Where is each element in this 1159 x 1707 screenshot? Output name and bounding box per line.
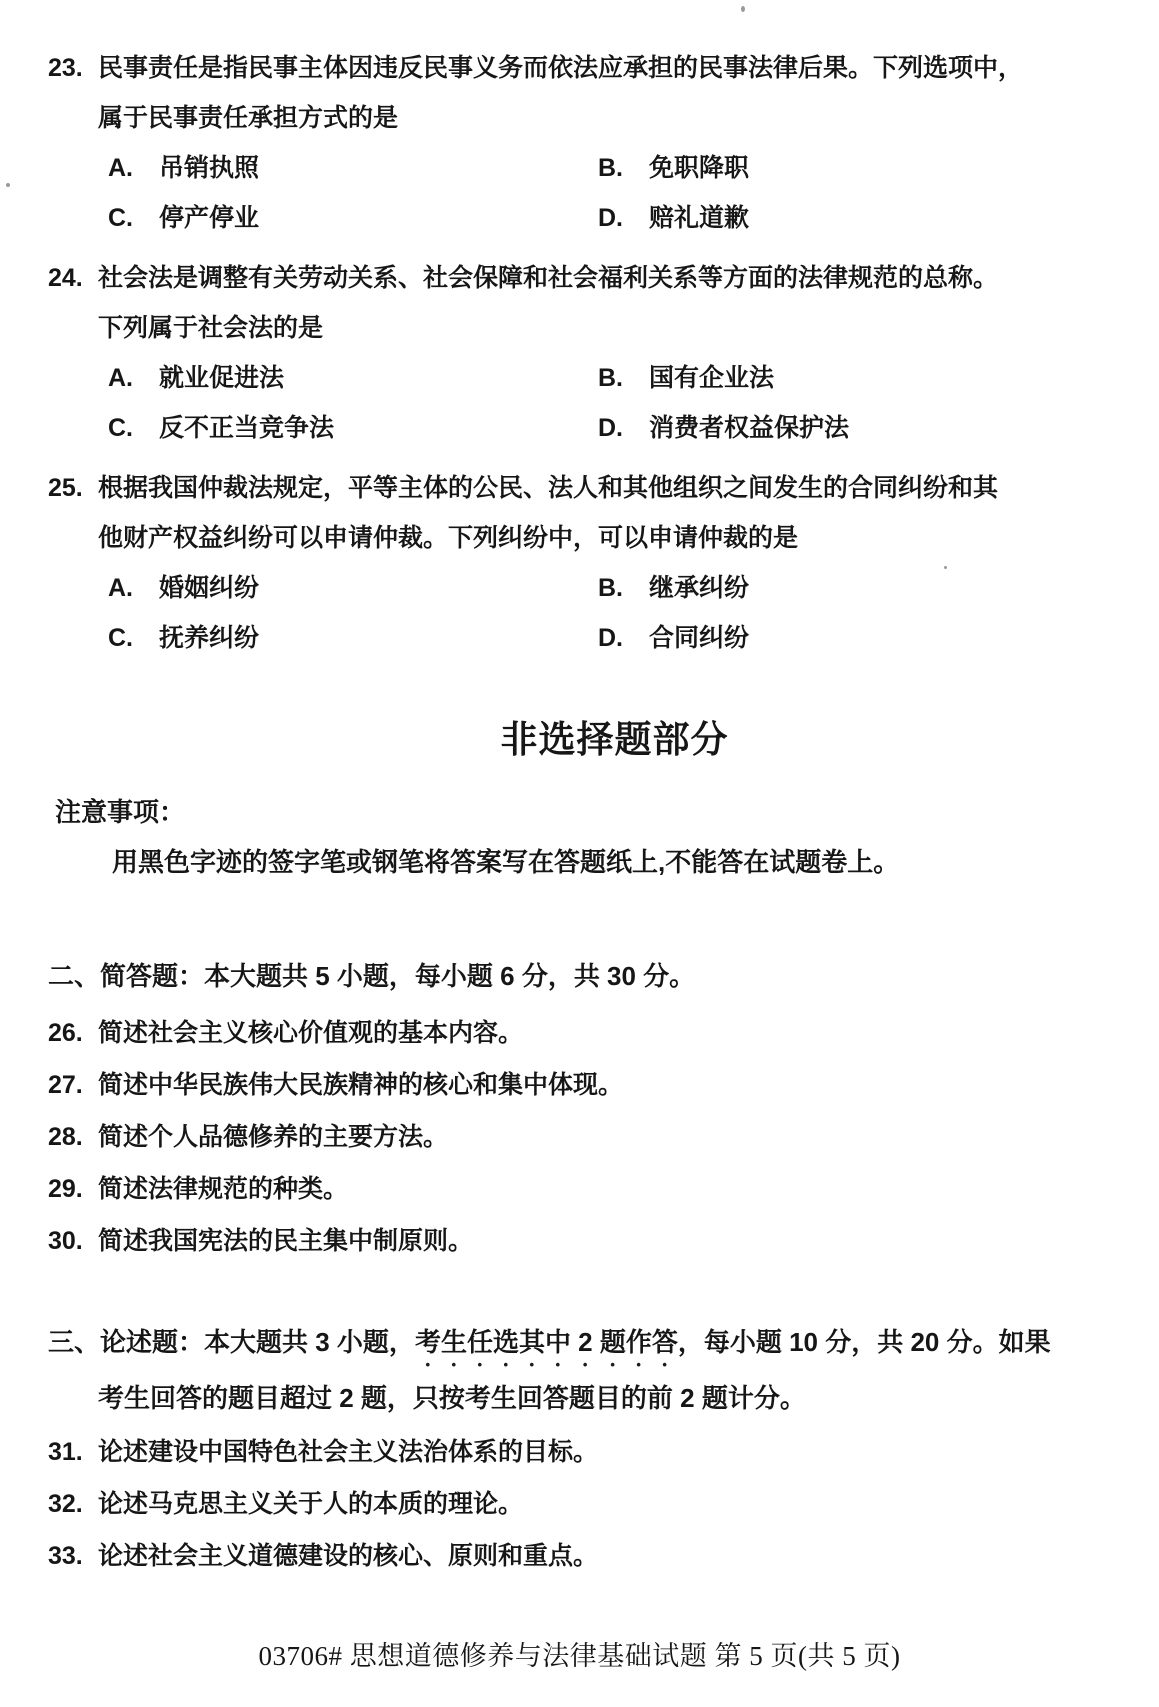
question-number: 33.: [48, 1530, 98, 1582]
question-number: 27.: [48, 1059, 98, 1111]
option-text: 抚养纠纷: [159, 613, 259, 663]
essay-heading-marker: 三、: [48, 1327, 100, 1357]
option-c: C. 抚养纠纷: [108, 613, 598, 663]
options-grid: A. 吊销执照 B. 免职降职 C. 停产停业 D. 赔礼道歉: [0, 143, 1159, 243]
question-text-line: 下列属于社会法的是: [0, 303, 1159, 353]
option-label: A.: [108, 143, 133, 193]
question-24: 24. 社会法是调整有关劳动关系、社会保障和社会福利关系等方面的法律规范的总称。…: [0, 253, 1159, 453]
option-d: D. 赔礼道歉: [598, 193, 1159, 243]
question-number: 31.: [48, 1426, 98, 1478]
essay-heading-line2: 考生回答的题目超过 2 题，只按考生回答题目的前 2 题计分。: [0, 1372, 1159, 1424]
option-label: B.: [598, 563, 623, 613]
question-number: 26.: [48, 1007, 98, 1059]
option-label: A.: [108, 563, 133, 613]
question-text: 简述社会主义核心价值观的基本内容。: [98, 1007, 523, 1059]
option-label: B.: [598, 353, 623, 403]
option-text: 吊销执照: [159, 143, 259, 193]
question-23: 23. 民事责任是指民事主体因违反民事义务而依法应承担的民事法律后果。下列选项中…: [0, 43, 1159, 243]
question-number: 28.: [48, 1111, 98, 1163]
essay-item-33: 33. 论述社会主义道德建设的核心、原则和重点。: [0, 1530, 1159, 1582]
short-answer-item-29: 29. 简述法律规范的种类。: [0, 1163, 1159, 1215]
short-answer-item-27: 27. 简述中华民族伟大民族精神的核心和集中体现。: [0, 1059, 1159, 1111]
option-d: D. 合同纠纷: [598, 613, 1159, 663]
question-number: 30.: [48, 1215, 98, 1267]
short-answer-list: 26. 简述社会主义核心价值观的基本内容。 27. 简述中华民族伟大民族精神的核…: [0, 1007, 1159, 1267]
option-label: D.: [598, 193, 623, 243]
option-a: A. 就业促进法: [108, 353, 598, 403]
essay-list: 31. 论述建设中国特色社会主义法治体系的目标。 32. 论述马克思主义关于人的…: [0, 1426, 1159, 1582]
option-text: 合同纠纷: [649, 613, 749, 663]
option-label: B.: [598, 143, 623, 193]
option-text: 反不正当竞争法: [159, 403, 334, 453]
option-text: 赔礼道歉: [649, 193, 749, 243]
option-label: A.: [108, 353, 133, 403]
question-text-line: 社会法是调整有关劳动关系、社会保障和社会福利关系等方面的法律规范的总称。: [98, 253, 998, 303]
option-label: C.: [108, 613, 133, 663]
scan-speck: [944, 566, 947, 569]
notice-label: 注意事项：: [0, 787, 1159, 837]
option-b: B. 继承纠纷: [598, 563, 1159, 613]
question-text: 论述马克思主义关于人的本质的理论。: [98, 1478, 523, 1530]
essay-heading-prefix: 论述题：本大题共 3 小题，: [100, 1327, 415, 1357]
question-25: 25. 根据我国仲裁法规定，平等主体的公民、法人和其他组织之间发生的合同纠纷和其…: [0, 463, 1159, 663]
options-grid: A. 婚姻纠纷 B. 继承纠纷 C. 抚养纠纷 D. 合同纠纷: [0, 563, 1159, 663]
question-line: 24. 社会法是调整有关劳动关系、社会保障和社会福利关系等方面的法律规范的总称。: [0, 253, 1159, 303]
option-d: D. 消费者权益保护法: [598, 403, 1159, 453]
essay-item-32: 32. 论述马克思主义关于人的本质的理论。: [0, 1478, 1159, 1530]
options-grid: A. 就业促进法 B. 国有企业法 C. 反不正当竞争法 D. 消费者权益保护法: [0, 353, 1159, 453]
exam-page: 23. 民事责任是指民事主体因违反民事义务而依法应承担的民事法律后果。下列选项中…: [0, 0, 1159, 1681]
option-text: 婚姻纠纷: [159, 563, 259, 613]
question-line: 25. 根据我国仲裁法规定，平等主体的公民、法人和其他组织之间发生的合同纠纷和其: [0, 463, 1159, 513]
option-label: D.: [598, 403, 623, 453]
question-text: 简述中华民族伟大民族精神的核心和集中体现。: [98, 1059, 623, 1111]
essay-item-31: 31. 论述建设中国特色社会主义法治体系的目标。: [0, 1426, 1159, 1478]
option-text: 停产停业: [159, 193, 259, 243]
option-b: B. 免职降职: [598, 143, 1159, 193]
option-label: C.: [108, 403, 133, 453]
option-text: 国有企业法: [649, 353, 774, 403]
emphasized-phrase: 考生任选其中 2 题作答: [415, 1327, 678, 1357]
question-text: 简述个人品德修养的主要方法。: [98, 1111, 448, 1163]
scan-speck: [6, 183, 10, 187]
section-title: 非选择题部分: [35, 715, 1159, 765]
option-text: 免职降职: [649, 143, 749, 193]
question-number: 23.: [48, 43, 98, 93]
question-text-line: 他财产权益纠纷可以申请仲裁。下列纠纷中，可以申请仲裁的是: [0, 513, 1159, 563]
question-text: 论述建设中国特色社会主义法治体系的目标。: [98, 1426, 598, 1478]
short-answer-heading: 二、简答题：本大题共 5 小题，每小题 6 分，共 30 分。: [0, 951, 1159, 1001]
option-label: D.: [598, 613, 623, 663]
question-text-line: 属于民事责任承担方式的是: [0, 93, 1159, 143]
question-text: 简述我国宪法的民主集中制原则。: [98, 1215, 473, 1267]
question-number: 32.: [48, 1478, 98, 1530]
essay-heading-middle: ，每小题 10 分，共 20 分。如果: [678, 1327, 1051, 1357]
question-text: 简述法律规范的种类。: [98, 1163, 348, 1215]
option-text: 就业促进法: [159, 353, 284, 403]
essay-heading-line1: 三、论述题：本大题共 3 小题，考生任选其中 2 题作答，每小题 10 分，共 …: [0, 1316, 1159, 1372]
short-answer-item-28: 28. 简述个人品德修养的主要方法。: [0, 1111, 1159, 1163]
short-answer-item-30: 30. 简述我国宪法的民主集中制原则。: [0, 1215, 1159, 1267]
option-text: 继承纠纷: [649, 563, 749, 613]
question-text-line: 民事责任是指民事主体因违反民事义务而依法应承担的民事法律后果。下列选项中，: [98, 43, 1023, 93]
page-footer: 03706# 思想道德修养与法律基础试题 第 5 页(共 5 页): [0, 1631, 1159, 1681]
question-number: 29.: [48, 1163, 98, 1215]
option-c: C. 反不正当竞争法: [108, 403, 598, 453]
option-text: 消费者权益保护法: [649, 403, 849, 453]
question-text-line: 根据我国仲裁法规定，平等主体的公民、法人和其他组织之间发生的合同纠纷和其: [98, 463, 998, 513]
question-number: 24.: [48, 253, 98, 303]
short-answer-item-26: 26. 简述社会主义核心价值观的基本内容。: [0, 1007, 1159, 1059]
option-a: A. 婚姻纠纷: [108, 563, 598, 613]
option-label: C.: [108, 193, 133, 243]
question-text: 论述社会主义道德建设的核心、原则和重点。: [98, 1530, 598, 1582]
question-number: 25.: [48, 463, 98, 513]
option-b: B. 国有企业法: [598, 353, 1159, 403]
option-a: A. 吊销执照: [108, 143, 598, 193]
question-line: 23. 民事责任是指民事主体因违反民事义务而依法应承担的民事法律后果。下列选项中…: [0, 43, 1159, 93]
notice-text: 用黑色字迹的签字笔或钢笔将答案写在答题纸上,不能答在试题卷上。: [0, 837, 1159, 887]
option-c: C. 停产停业: [108, 193, 598, 243]
scan-speck: [741, 6, 745, 12]
